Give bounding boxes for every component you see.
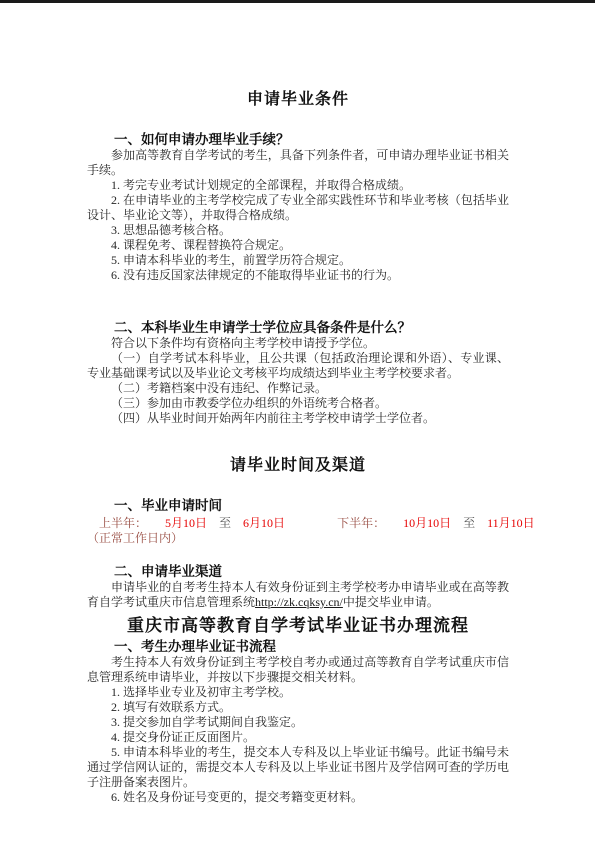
page-title-graduation-conditions: 申请毕业条件	[87, 0, 509, 109]
list-item-sec2-4: （四）从毕业时间开始两年内前往主考学校申请学士学位者。	[87, 411, 509, 426]
paragraph-sec2-intro: 符合以下条件均有资格向主考学校申请授予学位。	[87, 336, 509, 351]
list-item-sec5-6: 6. 姓名及身份证号变更的，提交考籍变更材料。	[87, 790, 509, 805]
date-first-half-start: 5月10日	[165, 516, 207, 530]
list-item-sec1-2: 2. 在申请毕业的主考学校完成了专业全部实践性环节和毕业考核（包括毕业设计、毕业…	[87, 193, 509, 223]
section-heading-certificate-steps: 一、考生办理毕业证书流程	[87, 638, 509, 655]
list-item-sec5-4: 4. 提交身份证正反面图片。	[87, 730, 509, 745]
list-item-sec2-3: （三）参加由市教委学位办组织的外语统考合格者。	[87, 396, 509, 411]
paragraph-sec4-channel: 申请毕业的自考考生持本人有效身份证到主考学校考办申请毕业或在高等教育自学考试重庆…	[87, 580, 509, 610]
first-half-year-label: 上半年：	[99, 516, 147, 530]
section-heading-application-channel: 二、申请毕业渠道	[87, 563, 509, 580]
date-second-half-start: 10月10日	[403, 516, 451, 530]
document-page: 申请毕业条件 一、如何申请办理毕业手续？ 参加高等教育自学考试的考生，具备下列条…	[0, 0, 595, 841]
schedule-note-working-days: （正常工作日内）	[87, 531, 509, 546]
graduation-schedule-row: 上半年：5月10日至6月10日下半年：10月10日至11月10日	[87, 516, 509, 531]
section-heading-how-to-apply: 一、如何申请办理毕业手续？	[87, 131, 509, 148]
date-second-half-end: 11月10日	[487, 516, 535, 530]
list-item-sec1-6: 6. 没有违反国家法律规定的不能取得毕业证书的行为。	[87, 268, 509, 283]
list-item-sec1-1: 1. 考完专业考试计划规定的全部课程，并取得合格成绩。	[87, 178, 509, 193]
section-heading-degree-conditions: 二、本科毕业生申请学士学位应具备条件是什么？	[87, 319, 509, 336]
list-item-sec1-3: 3. 思想品德考核合格。	[87, 223, 509, 238]
list-item-sec5-1: 1. 选择毕业专业及初审主考学校。	[87, 685, 509, 700]
list-item-sec5-5: 5. 申请本科毕业的考生，提交本人专科及以上毕业证书编号。此证书编号未通过学信网…	[87, 745, 509, 790]
page-title-certificate-process: 重庆市高等教育自学考试毕业证书办理流程	[87, 611, 509, 636]
list-item-sec2-2: （二）考籍档案中没有违纪、作弊记录。	[87, 381, 509, 396]
second-half-year-label: 下半年：	[337, 516, 385, 530]
list-item-sec1-5: 5. 申请本科毕业的考生，前置学历符合规定。	[87, 253, 509, 268]
to-label-2: 至	[463, 516, 475, 530]
paragraph-sec5-intro: 考生持本人有效身份证到主考学校自考办或通过高等教育自学考试重庆市信息管理系统申请…	[87, 655, 509, 685]
list-item-sec2-1: （一）自学考试本科毕业，且公共课（包括政治理论课和外语）、专业课、专业基础课考试…	[87, 351, 509, 381]
paragraph-sec1-intro: 参加高等教育自学考试的考生，具备下列条件者，可申请办理毕业证书相关手续。	[87, 148, 509, 178]
channel-text-after-link: 中提交毕业申请。	[343, 595, 439, 609]
list-item-sec5-3: 3. 提交参加自学考试期间自我鉴定。	[87, 715, 509, 730]
list-item-sec1-4: 4. 课程免考、课程替换符合规定。	[87, 238, 509, 253]
list-item-sec5-2: 2. 填写有效联系方式。	[87, 700, 509, 715]
date-first-half-end: 6月10日	[243, 516, 285, 530]
to-label-1: 至	[219, 516, 231, 530]
zk-cqksy-link[interactable]: http://zk.cqksy.cn/	[255, 595, 343, 609]
section-heading-application-time: 一、毕业申请时间	[87, 497, 509, 514]
document-content: 申请毕业条件 一、如何申请办理毕业手续？ 参加高等教育自学考试的考生，具备下列条…	[87, 0, 509, 805]
page-title-time-and-channel: 请毕业时间及渠道	[87, 452, 509, 475]
